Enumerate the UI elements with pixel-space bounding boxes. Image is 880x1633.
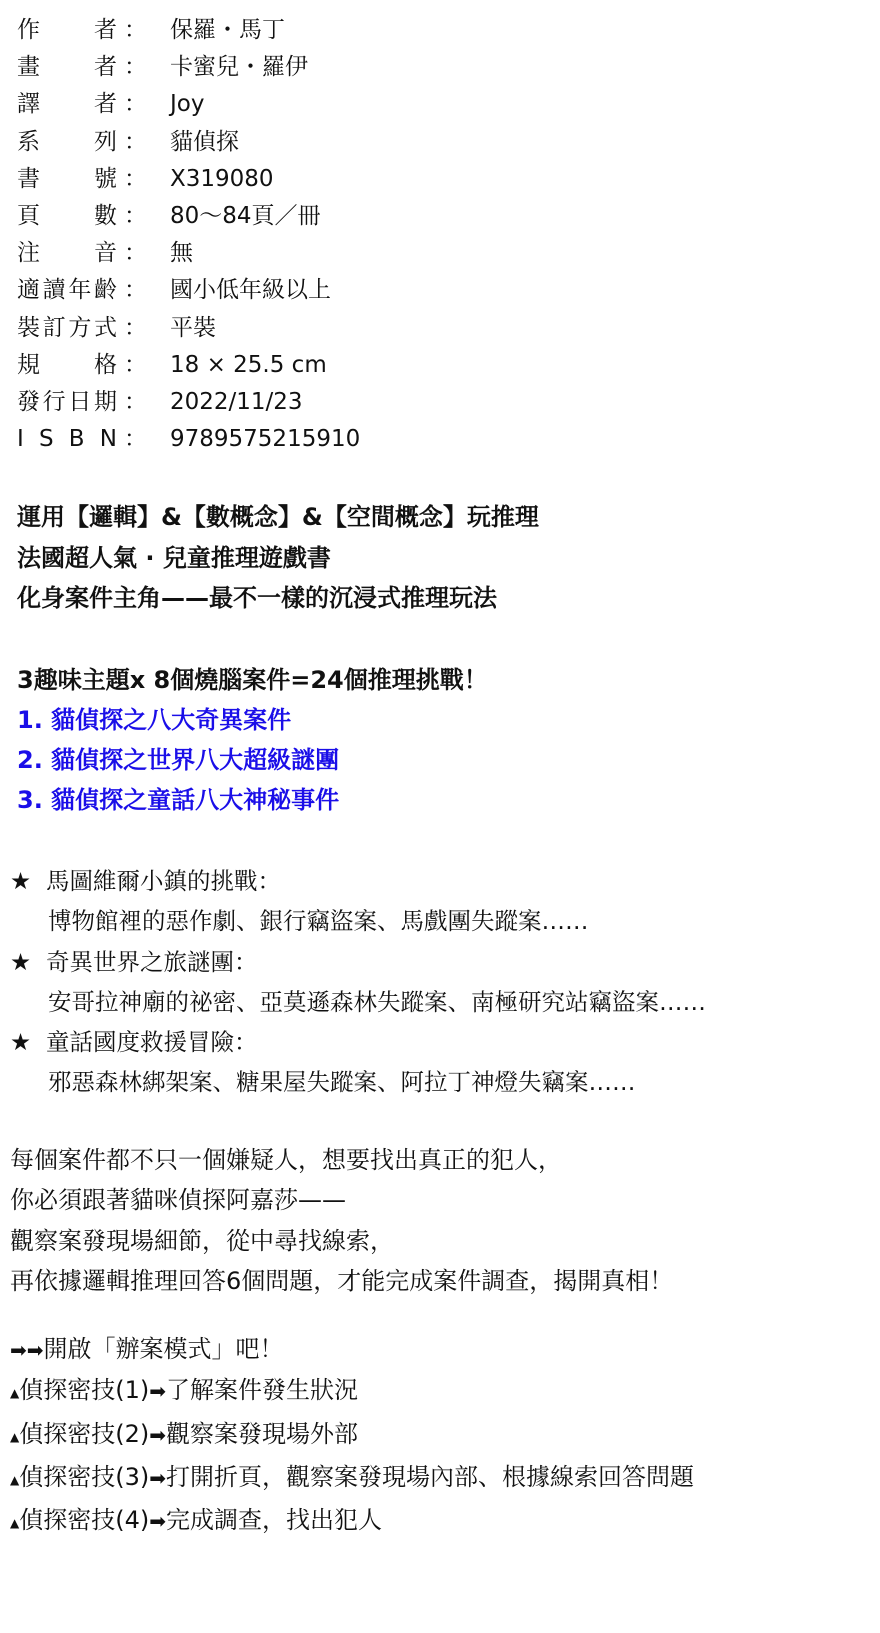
paragraph-line: 每個案件都不只一個嫌疑人，想要找出真正的犯人， — [10, 1140, 673, 1180]
spec-colon: ： — [117, 161, 170, 198]
spec-label: 書 號 — [17, 161, 117, 198]
triangle-up-icon: ▲ — [10, 1373, 19, 1413]
star-item-detail: 博物館裡的惡作劇、銀行竊盜案、馬戲團失蹤案…… — [10, 901, 706, 941]
star-icon: ★ — [10, 1022, 46, 1062]
star-item-detail: 安哥拉神廟的祕密、亞莫遜森林失蹤案、南極研究站竊盜案…… — [10, 982, 706, 1022]
triangle-up-icon: ▲ — [10, 1460, 19, 1500]
arrow-right-icon: ➡➡ — [10, 1338, 44, 1362]
arrow-right-icon: ➡ — [149, 1423, 166, 1447]
step-item: ▲偵探密技(3)➡打開折頁，觀察案發現場內部、根據線索回答問題 — [10, 1457, 694, 1500]
spec-row-publish-date: 發 行 日 期 ： 2022/11/23 — [17, 384, 360, 421]
spec-value-series: 貓偵探 — [170, 124, 239, 161]
spec-colon: ： — [117, 421, 170, 458]
spec-label: 頁 數 — [17, 198, 117, 235]
spec-colon: ： — [117, 347, 170, 384]
spec-value-isbn: 9789575215910 — [170, 421, 360, 458]
star-item-detail: 邪惡森林綁架案、糖果屋失蹤案、阿拉丁神燈失竊案…… — [10, 1062, 706, 1102]
headline-line: 運用【邏輯】&【數概念】&【空間概念】玩推理 — [17, 497, 539, 538]
star-icon: ★ — [10, 861, 46, 901]
spec-row-binding: 裝 訂 方 式 ： 平裝 — [17, 310, 360, 347]
spec-value-illustrator: 卡蜜兒・羅伊 — [170, 49, 308, 86]
theme-item: 2. 貓偵探之世界八大超級謎團 — [17, 740, 488, 780]
spec-label: 裝 訂 方 式 — [17, 310, 117, 347]
theme-item: 3. 貓偵探之童話八大神秘事件 — [17, 780, 488, 820]
spec-colon: ： — [117, 86, 170, 123]
spec-row-series: 系 列 ： 貓偵探 — [17, 124, 360, 161]
paragraph-line: 再依據邏輯推理回答6個問題，才能完成案件調查，揭開真相！ — [10, 1261, 673, 1301]
spec-value-phonetic: 無 — [170, 235, 193, 272]
spec-colon: ： — [117, 49, 170, 86]
spec-value-book-number: X319080 — [170, 161, 274, 198]
spec-label: 譯 者 — [17, 86, 117, 123]
description-paragraph: 每個案件都不只一個嫌疑人，想要找出真正的犯人， 你必須跟著貓咪偵探阿嘉莎—— 觀… — [10, 1140, 673, 1301]
step-item: ▲偵探密技(1)➡了解案件發生狀況 — [10, 1370, 694, 1413]
triangle-up-icon: ▲ — [10, 1417, 19, 1457]
spec-row-dimensions: 規 格 ： 18 × 25.5 cm — [17, 347, 360, 384]
spec-colon: ： — [117, 12, 170, 49]
spec-colon: ： — [117, 235, 170, 272]
spec-row-isbn: I S B N ： 9789575215910 — [17, 421, 360, 458]
star-list: ★馬圖維爾小鎮的挑戰： 博物館裡的惡作劇、銀行竊盜案、馬戲團失蹤案…… ★奇異世… — [10, 861, 706, 1103]
headline-line: 法國超人氣 · 兒童推理遊戲書 — [17, 538, 539, 579]
headline-block: 運用【邏輯】&【數概念】&【空間概念】玩推理 法國超人氣 · 兒童推理遊戲書 化… — [17, 497, 539, 619]
spec-label: I S B N — [17, 421, 117, 458]
paragraph-line: 觀察案發現場細節，從中尋找線索， — [10, 1221, 673, 1261]
spec-colon: ： — [117, 310, 170, 347]
spec-label: 作 者 — [17, 12, 117, 49]
spec-label: 發 行 日 期 — [17, 384, 117, 421]
star-icon: ★ — [10, 942, 46, 982]
spec-label: 系 列 — [17, 124, 117, 161]
star-item-title: ★奇異世界之旅謎團： — [10, 942, 706, 982]
star-item-title: ★童話國度救援冒險： — [10, 1022, 706, 1062]
spec-value-publish-date: 2022/11/23 — [170, 384, 303, 421]
spec-label: 適 讀 年 齡 — [17, 272, 117, 309]
spec-value-reading-age: 國小低年級以上 — [170, 272, 331, 309]
headline-line: 化身案件主角——最不一樣的沉浸式推理玩法 — [17, 578, 539, 619]
step-item: ▲偵探密技(4)➡完成調查，找出犯人 — [10, 1500, 694, 1543]
spec-value-author: 保羅・馬丁 — [170, 12, 285, 49]
spec-value-pages: 80～84頁／冊 — [170, 198, 321, 235]
spec-row-reading-age: 適 讀 年 齡 ： 國小低年級以上 — [17, 272, 360, 309]
spec-value-translator: Joy — [170, 86, 204, 123]
detective-steps: ➡➡開啟「辦案模式」吧！ ▲偵探密技(1)➡了解案件發生狀況 ▲偵探密技(2)➡… — [10, 1329, 694, 1543]
star-item-title: ★馬圖維爾小鎮的挑戰： — [10, 861, 706, 901]
themes-title: 3趣味主題x 8個燒腦案件=24個推理挑戰！ — [17, 660, 488, 700]
spec-row-illustrator: 畫 者 ： 卡蜜兒・羅伊 — [17, 49, 360, 86]
paragraph-line: 你必須跟著貓咪偵探阿嘉莎—— — [10, 1180, 673, 1220]
spec-label: 注 音 — [17, 235, 117, 272]
spec-value-dimensions: 18 × 25.5 cm — [170, 347, 327, 384]
spec-label: 規 格 — [17, 347, 117, 384]
spec-value-binding: 平裝 — [170, 310, 216, 347]
spec-colon: ： — [117, 198, 170, 235]
steps-intro: ➡➡開啟「辦案模式」吧！ — [10, 1329, 694, 1370]
themes-block: 3趣味主題x 8個燒腦案件=24個推理挑戰！ 1. 貓偵探之八大奇異案件 2. … — [17, 660, 488, 820]
spec-row-translator: 譯 者 ： Joy — [17, 86, 360, 123]
arrow-right-icon: ➡ — [149, 1466, 166, 1490]
arrow-right-icon: ➡ — [149, 1509, 166, 1533]
spec-row-phonetic: 注 音 ： 無 — [17, 235, 360, 272]
spec-colon: ： — [117, 384, 170, 421]
spec-row-author: 作 者 ： 保羅・馬丁 — [17, 12, 360, 49]
arrow-right-icon: ➡ — [149, 1379, 166, 1403]
spec-colon: ： — [117, 272, 170, 309]
book-spec-table: 作 者 ： 保羅・馬丁 畫 者 ： 卡蜜兒・羅伊 譯 者 ： Joy 系 — [17, 12, 360, 458]
spec-colon: ： — [117, 124, 170, 161]
spec-row-book-number: 書 號 ： X319080 — [17, 161, 360, 198]
step-item: ▲偵探密技(2)➡觀察案發現場外部 — [10, 1414, 694, 1457]
theme-item: 1. 貓偵探之八大奇異案件 — [17, 700, 488, 740]
spec-row-pages: 頁 數 ： 80～84頁／冊 — [17, 198, 360, 235]
spec-label: 畫 者 — [17, 49, 117, 86]
triangle-up-icon: ▲ — [10, 1503, 19, 1543]
